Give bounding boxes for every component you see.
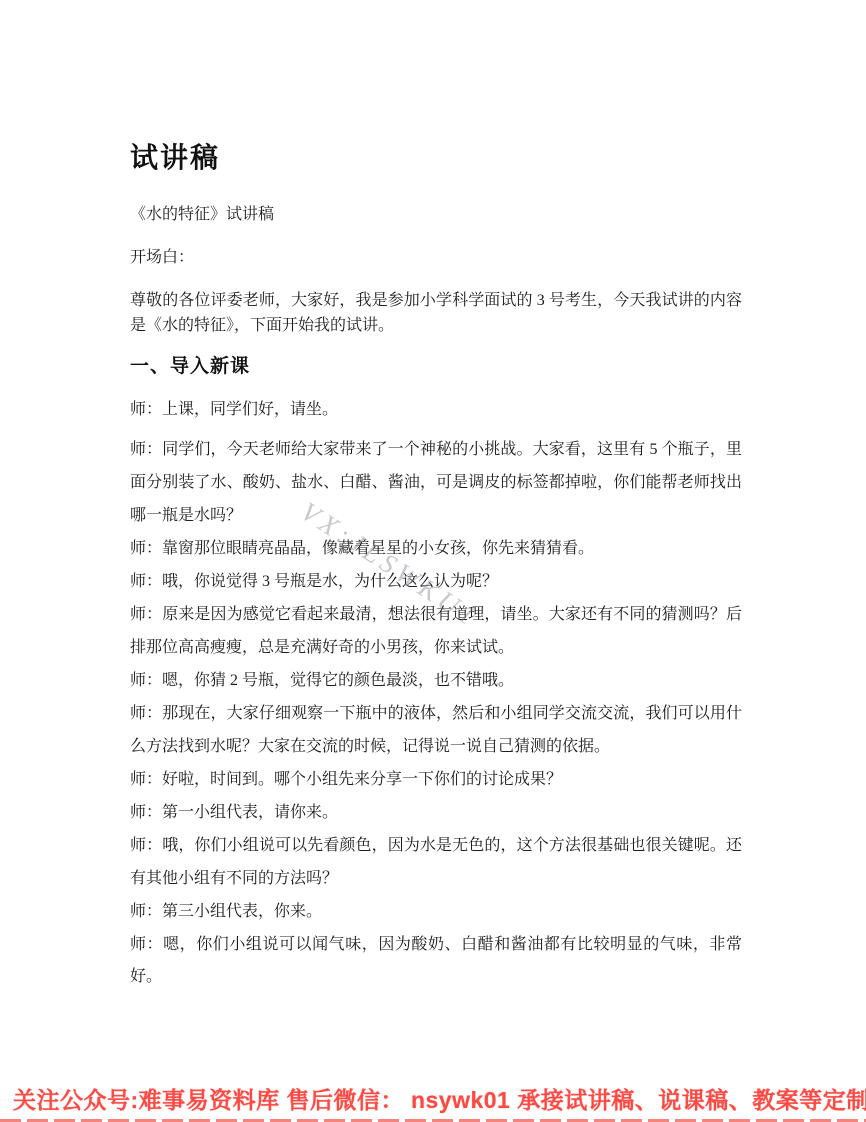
dialog-line: 师：第一小组代表，请你来。	[130, 797, 742, 830]
dialog-line: 师：上课，同学们好，请坐。	[130, 394, 742, 427]
dialog-line: 师：靠窗那位眼睛亮晶晶，像藏着星星的小女孩，你先来猜猜看。	[130, 533, 742, 566]
section-heading-lead-in: 一、导入新课	[130, 355, 742, 379]
dialog-line: 师：哦，你们小组说可以先看颜色，因为水是无色的，这个方法很基础也很关键呢。还有其…	[130, 830, 742, 896]
document-subtitle: 《水的特征》试讲稿	[130, 205, 742, 224]
dialog-line: 师：哦，你说觉得 3 号瓶是水，为什么这么认为呢？	[130, 566, 742, 599]
document-title: 试讲稿	[130, 141, 742, 175]
dialog-line: 师：原来是因为感觉它看起来最清，想法很有道理，请坐。大家还有不同的猜测吗？后排那…	[130, 599, 742, 665]
dialog-line: 师：同学们，今天老师给大家带来了一个神秘的小挑战。大家看，这里有 5 个瓶子，里…	[130, 434, 742, 533]
dialog-section: 师：上课，同学们好，请坐。 师：同学们，今天老师给大家带来了一个神秘的小挑战。大…	[130, 394, 742, 994]
document-page: 试讲稿 《水的特征》试讲稿 开场白： 尊敬的各位评委老师，大家好，我是参加小学科…	[0, 0, 866, 1122]
dialog-line: 师：那现在，大家仔细观察一下瓶中的液体，然后和小组同学交流交流，我们可以用什么方…	[130, 698, 742, 764]
opening-label: 开场白：	[130, 248, 742, 267]
dialog-line: 师：嗯，你们小组说可以闻气味，因为酸奶、白醋和酱油都有比较明显的气味，非常好。	[130, 929, 742, 995]
dialog-line: 师：第三小组代表，你来。	[130, 896, 742, 929]
dialog-line: 师：好啦，时间到。哪个小组先来分享一下你们的讨论成果？	[130, 764, 742, 797]
document-body: 试讲稿 《水的特征》试讲稿 开场白： 尊敬的各位评委老师，大家好，我是参加小学科…	[130, 141, 742, 994]
opening-paragraph: 尊敬的各位评委老师，大家好，我是参加小学科学面试的 3 号考生，今天我试讲的内容…	[130, 288, 742, 339]
dialog-line: 师：嗯，你猜 2 号瓶，觉得它的颜色最淡，也不错哦。	[130, 665, 742, 698]
footer-promo-banner: 关注公众号:难事易资料库 售后微信： nsywk01 承接试讲稿、说课稿、教案等…	[0, 1082, 866, 1115]
